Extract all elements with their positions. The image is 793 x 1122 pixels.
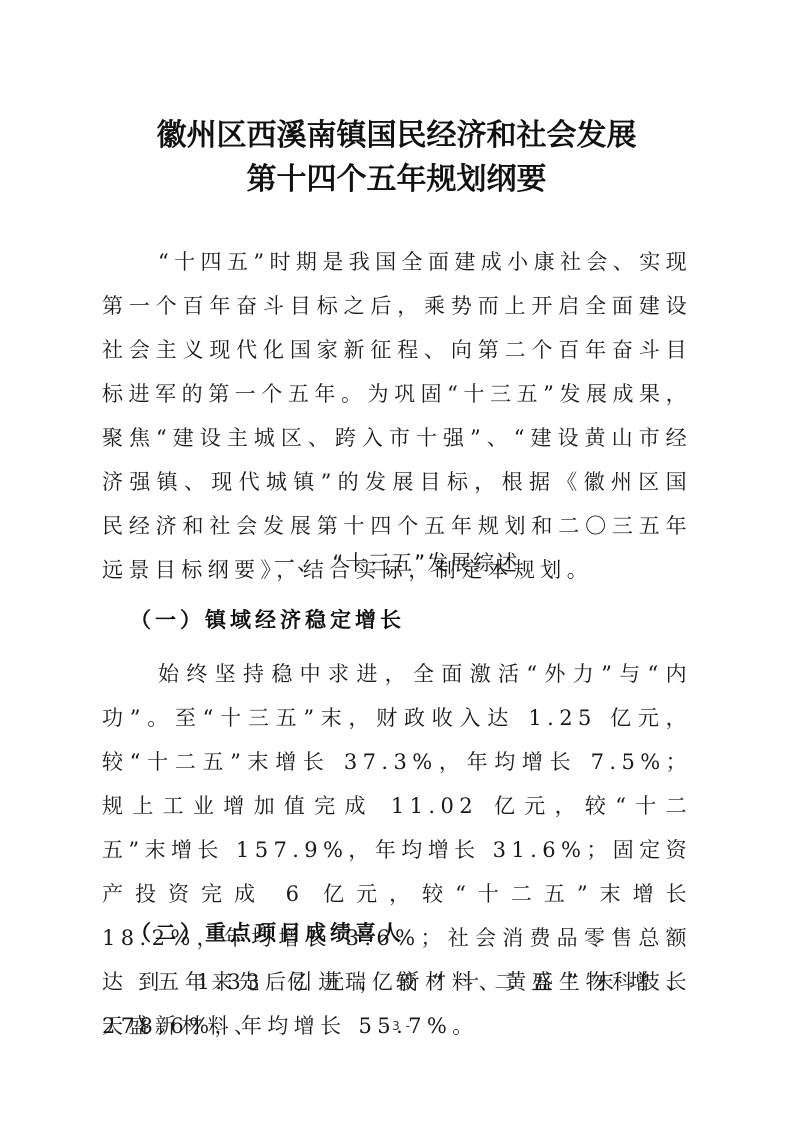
subsection-heading-2: （二）重点项目成绩喜人 [130,917,405,947]
document-title-line-2: 第十四个五年规划纲要 [0,161,793,199]
subsection-paragraph-2: 五年来先后引进瑞亿新材料、黄盛生物科技、天盛新材料、 [102,960,692,1048]
subsection-heading-1: （一）镇域经济稳定增长 [130,604,405,634]
document-title-line-1: 徽州区西溪南镇国民经济和社会发展 [0,117,793,155]
section-heading-1: 一、 “十三五”发展综述 [0,547,793,577]
page-number: - 3 - [0,1019,793,1033]
intro-paragraph: “十四五”时期是我国全面建成小康社会、实现第一个百年奋斗目标之后，乘势而上开启全… [102,240,692,592]
document-page: 徽州区西溪南镇国民经济和社会发展 第十四个五年规划纲要 “十四五”时期是我国全面… [0,0,793,1122]
